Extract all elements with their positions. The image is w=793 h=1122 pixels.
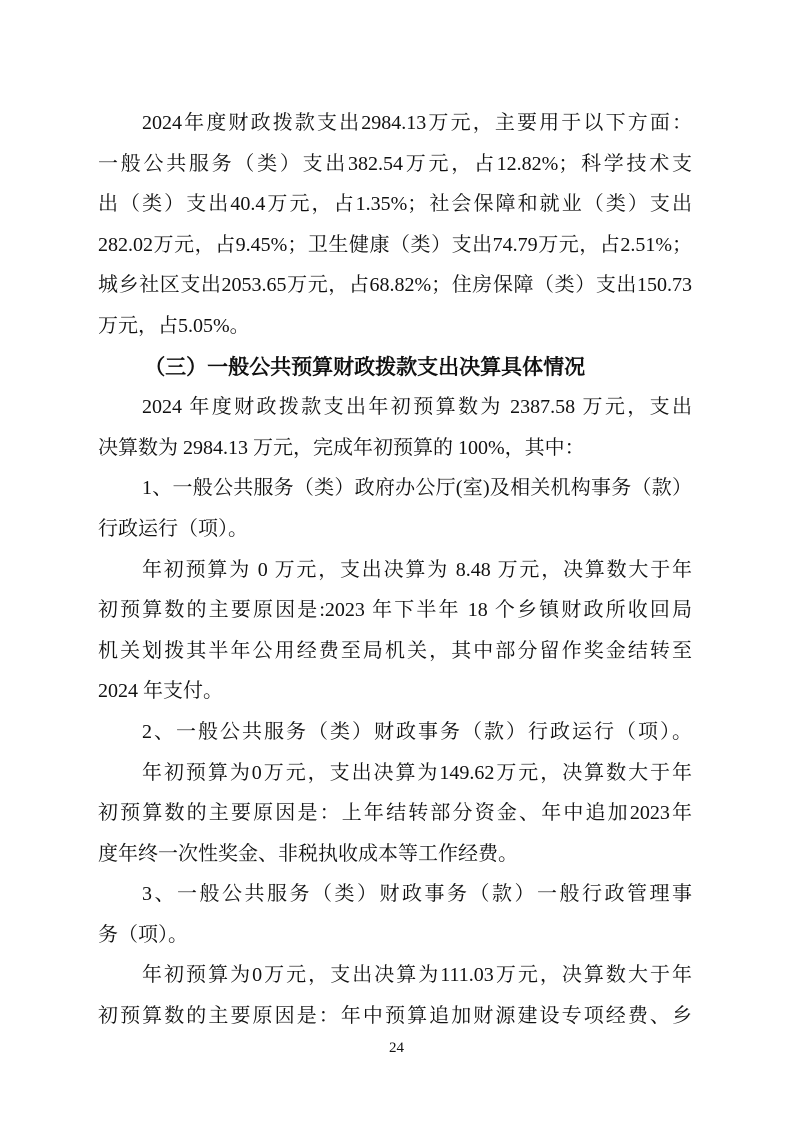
list-item-3-line: 务（项）。 [98,915,692,956]
paragraph-line: 度年终一次性奖金、非税执收成本等工作经费。 [98,834,692,875]
paragraph-line: 2024 年度财政拨款支出年初预算数为 2387.58 万元，支出 [98,387,692,428]
paragraph-line: 初预算数的主要原因是：年中预算追加财源建设专项经费、乡 [98,996,692,1037]
page-number: 24 [0,1038,793,1058]
document-page: 2024年度财政拨款支出2984.13万元，主要用于以下方面： 一般公共服务（类… [98,103,692,1037]
paragraph-line: 机关划拨其半年公用经费至局机关，其中部分留作奖金结转至 [98,631,692,672]
paragraph-line: 城乡社区支出2053.65万元，占68.82%；住房保障（类）支出150.73 [98,265,692,306]
paragraph-line: 一般公共服务（类）支出382.54万元，占12.82%；科学技术支 [98,144,692,185]
paragraph-line: 2024 年支付。 [98,671,692,712]
list-item-1-line: 行政运行（项）。 [98,509,692,550]
paragraph-line: 初预算数的主要原因是:2023 年下半年 18 个乡镇财政所收回局 [98,590,692,631]
list-item-2-line: 2、一般公共服务（类）财政事务（款）行政运行（项）。 [98,712,692,753]
paragraph-line: 2024年度财政拨款支出2984.13万元，主要用于以下方面： [98,103,692,144]
section-heading: （三）一般公共预算财政拨款支出决算具体情况 [98,347,692,388]
paragraph-line: 万元，占5.05%。 [98,306,692,347]
paragraph-line: 决算数为 2984.13 万元，完成年初预算的 100%，其中： [98,428,692,469]
paragraph-line: 年初预算为 0 万元，支出决算为 8.48 万元，决算数大于年 [98,550,692,591]
list-item-3-line: 3、一般公共服务（类）财政事务（款）一般行政管理事 [98,874,692,915]
paragraph-line: 出（类）支出40.4万元，占1.35%；社会保障和就业（类）支出 [98,184,692,225]
paragraph-line: 初预算数的主要原因是：上年结转部分资金、年中追加2023年 [98,793,692,834]
list-item-1-line: 1、一般公共服务（类）政府办公厅(室)及相关机构事务（款） [98,468,692,509]
paragraph-line: 282.02万元，占9.45%；卫生健康（类）支出74.79万元，占2.51%； [98,225,692,266]
paragraph-line: 年初预算为0万元，支出决算为111.03万元，决算数大于年 [98,955,692,996]
paragraph-line: 年初预算为0万元，支出决算为149.62万元，决算数大于年 [98,753,692,794]
